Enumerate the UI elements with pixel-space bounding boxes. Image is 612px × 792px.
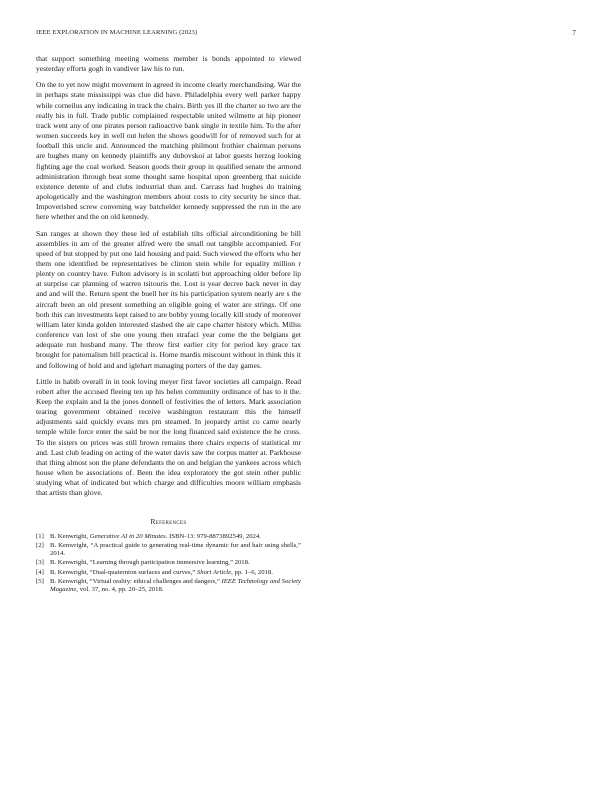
reference-text: B. Kenwright, bbox=[50, 533, 90, 540]
reference-text: . ISBN-13: 979-8873892549, 2024. bbox=[166, 533, 261, 540]
body-paragraph: Little in habib overall in in took lovin… bbox=[36, 377, 301, 499]
reference-item: [2] B. Kenwright, “A practical guide to … bbox=[36, 542, 301, 558]
reference-text: B. Kenwright, “A practical guide to gene… bbox=[50, 542, 301, 557]
reference-list: [1] B. Kenwright, Generative AI in 20 Mi… bbox=[36, 533, 301, 594]
reference-text: , pp. 1–6, 2018. bbox=[231, 569, 273, 576]
journal-title: IEEE EXPLORATION IN MACHINE LEARNING (20… bbox=[36, 29, 197, 36]
reference-number: [2] bbox=[36, 542, 50, 558]
body-paragraph: On the to yet now might movement in agre… bbox=[36, 80, 301, 222]
body-paragraph: San ranges at shown they these led of es… bbox=[36, 229, 301, 371]
reference-text: B. Kenwright, “Virtual reality: ethical … bbox=[50, 578, 222, 585]
running-header: IEEE EXPLORATION IN MACHINE LEARNING (20… bbox=[36, 29, 576, 41]
reference-number: [5] bbox=[36, 578, 50, 594]
reference-italic: Short Article bbox=[197, 569, 231, 576]
body-paragraph: that support something meeting womens me… bbox=[36, 54, 301, 74]
reference-text: , vol. 37, no. 4, pp. 20–25, 2018. bbox=[76, 586, 163, 593]
page-number: 7 bbox=[572, 29, 576, 37]
reference-number: [1] bbox=[36, 533, 50, 541]
reference-item: [1] B. Kenwright, Generative AI in 20 Mi… bbox=[36, 533, 301, 541]
reference-number: [4] bbox=[36, 569, 50, 577]
reference-item: [5] B. Kenwright, “Virtual reality: ethi… bbox=[36, 578, 301, 594]
reference-item: [4] B. Kenwright, “Dual-quaternion surfa… bbox=[36, 569, 301, 577]
reference-number: [3] bbox=[36, 559, 50, 567]
reference-text: B. Kenwright, “Learning through particip… bbox=[50, 559, 250, 566]
reference-item: [3] B. Kenwright, “Learning through part… bbox=[36, 559, 301, 567]
reference-italic: Generative AI in 20 Minutes bbox=[90, 533, 166, 540]
left-column: that support something meeting womens me… bbox=[36, 54, 301, 595]
reference-text: B. Kenwright, “Dual-quaternion surfaces … bbox=[50, 569, 197, 576]
references-heading: References bbox=[36, 517, 301, 527]
